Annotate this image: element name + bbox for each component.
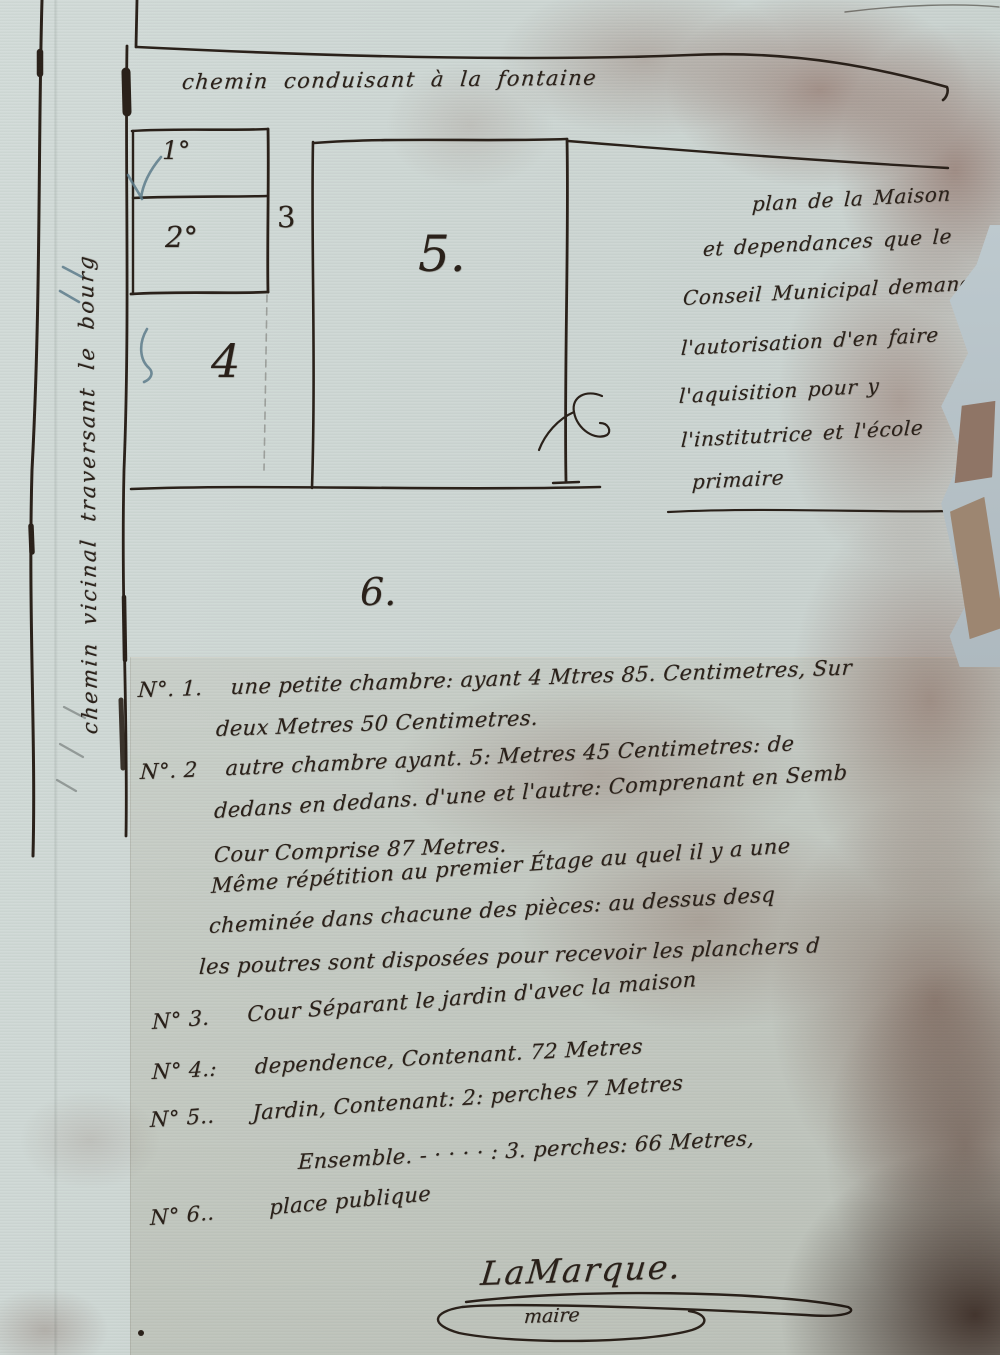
signature-name: LaMarque. <box>479 1247 684 1293</box>
road-inner-blob2 <box>124 597 125 660</box>
item-number: N°. 2 <box>139 757 198 784</box>
caption-road-to-fountain: chemin conduisant à la fontaine <box>181 66 599 94</box>
road-outer-line <box>31 0 42 856</box>
place-label-6: 6. <box>360 570 396 614</box>
room-label-1: 1° <box>162 136 190 165</box>
house-top-wall <box>132 129 268 131</box>
chemin-lower-line <box>568 141 948 168</box>
house-room-divider <box>133 196 267 198</box>
plan-bottom-line-left <box>131 487 600 489</box>
item-number: N° 5.. <box>150 1103 215 1132</box>
garden-right-wall <box>566 139 568 481</box>
road-outer-blob2 <box>31 526 32 552</box>
road-inner-blob <box>126 72 127 112</box>
item-number: N° 3. <box>152 1005 210 1034</box>
item-number: N°. 1. <box>137 676 203 702</box>
caption-road-through-village: chemin vicinal traversant le bourg <box>74 213 103 775</box>
paper-top-edge <box>845 5 999 12</box>
garden-top-wall <box>314 139 566 143</box>
area-label-4: 4 <box>211 334 240 388</box>
house-bottom-wall <box>131 292 268 294</box>
cour-left-wall <box>312 142 314 488</box>
top-stub-line <box>136 0 137 47</box>
pencil-squiggle <box>141 329 151 382</box>
room-label-2: 2° <box>165 220 198 254</box>
house-wall-faint-extension <box>264 295 267 470</box>
manuscript-page: chemin conduisant à la fontaine chemin v… <box>0 0 1000 1355</box>
garden-door-mark <box>539 393 609 450</box>
road-inner-blob3 <box>121 700 123 768</box>
plan-bottom-line-right <box>668 510 948 512</box>
house-right-wall <box>268 129 269 292</box>
note-line: primaire <box>691 465 784 494</box>
signature-flourish <box>438 1293 851 1341</box>
garden-wall-foot <box>553 482 579 483</box>
ink-dot <box>138 1330 144 1336</box>
garden-label-5: 5. <box>418 225 466 283</box>
signature-title: maire <box>523 1304 580 1328</box>
item-number: N° 4.: <box>152 1057 218 1084</box>
cour-label-3: 3 <box>277 200 295 234</box>
